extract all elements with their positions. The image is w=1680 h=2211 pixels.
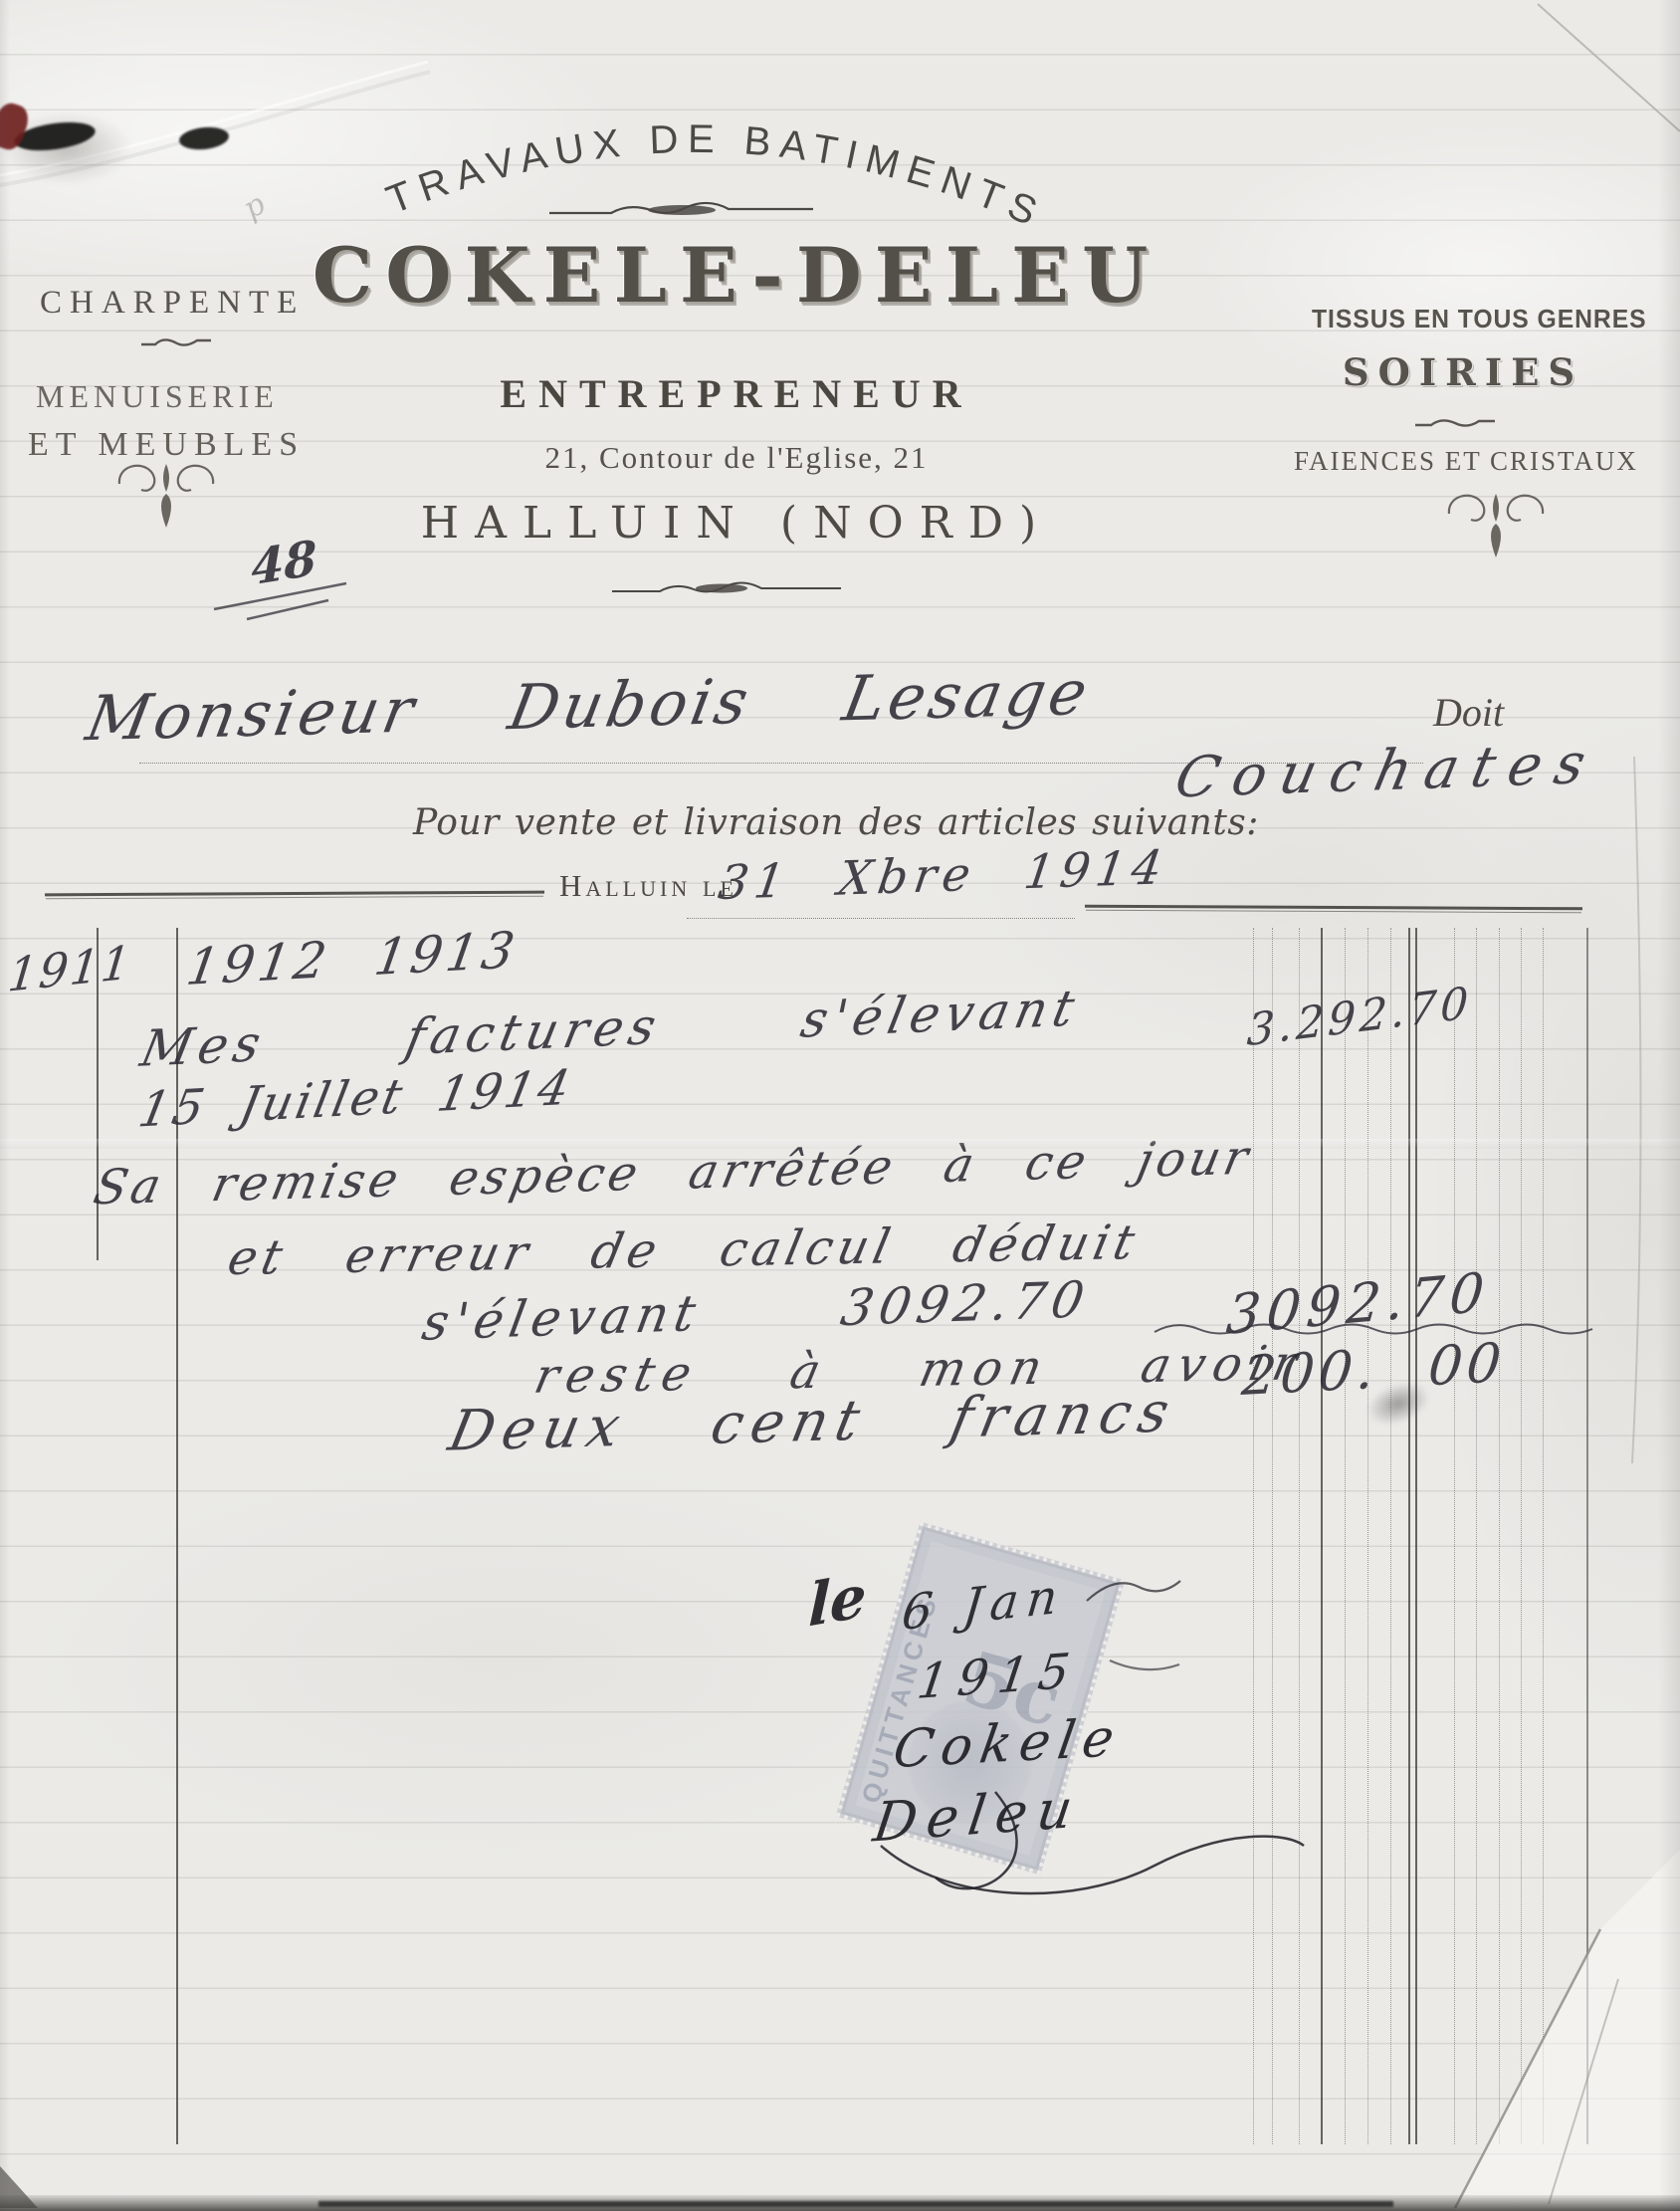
signature-flourish-stroke (881, 1837, 1304, 1893)
pen-flourish (1087, 1581, 1180, 1601)
folio-underline-stroke (214, 583, 346, 619)
pen-flourish (1110, 1660, 1179, 1669)
right-edge-shading (1658, 0, 1680, 2211)
left-edge-shading (0, 0, 10, 2211)
horizontal-crease (0, 1139, 1680, 1149)
crease-right-edge (1632, 757, 1641, 1463)
dog-ear-fold (1455, 1850, 1680, 2211)
wavy-separator-stroke (1155, 1325, 1592, 1334)
scanned-invoice-page: TRAVAUX DE BATIMENTS CHARPENTE MENUISERI… (0, 0, 1680, 2211)
pen-strokes-and-creases (0, 0, 1680, 2211)
bottom-scan-edge-dark (318, 2201, 1393, 2207)
signature-loop-stroke (936, 1792, 1017, 1888)
